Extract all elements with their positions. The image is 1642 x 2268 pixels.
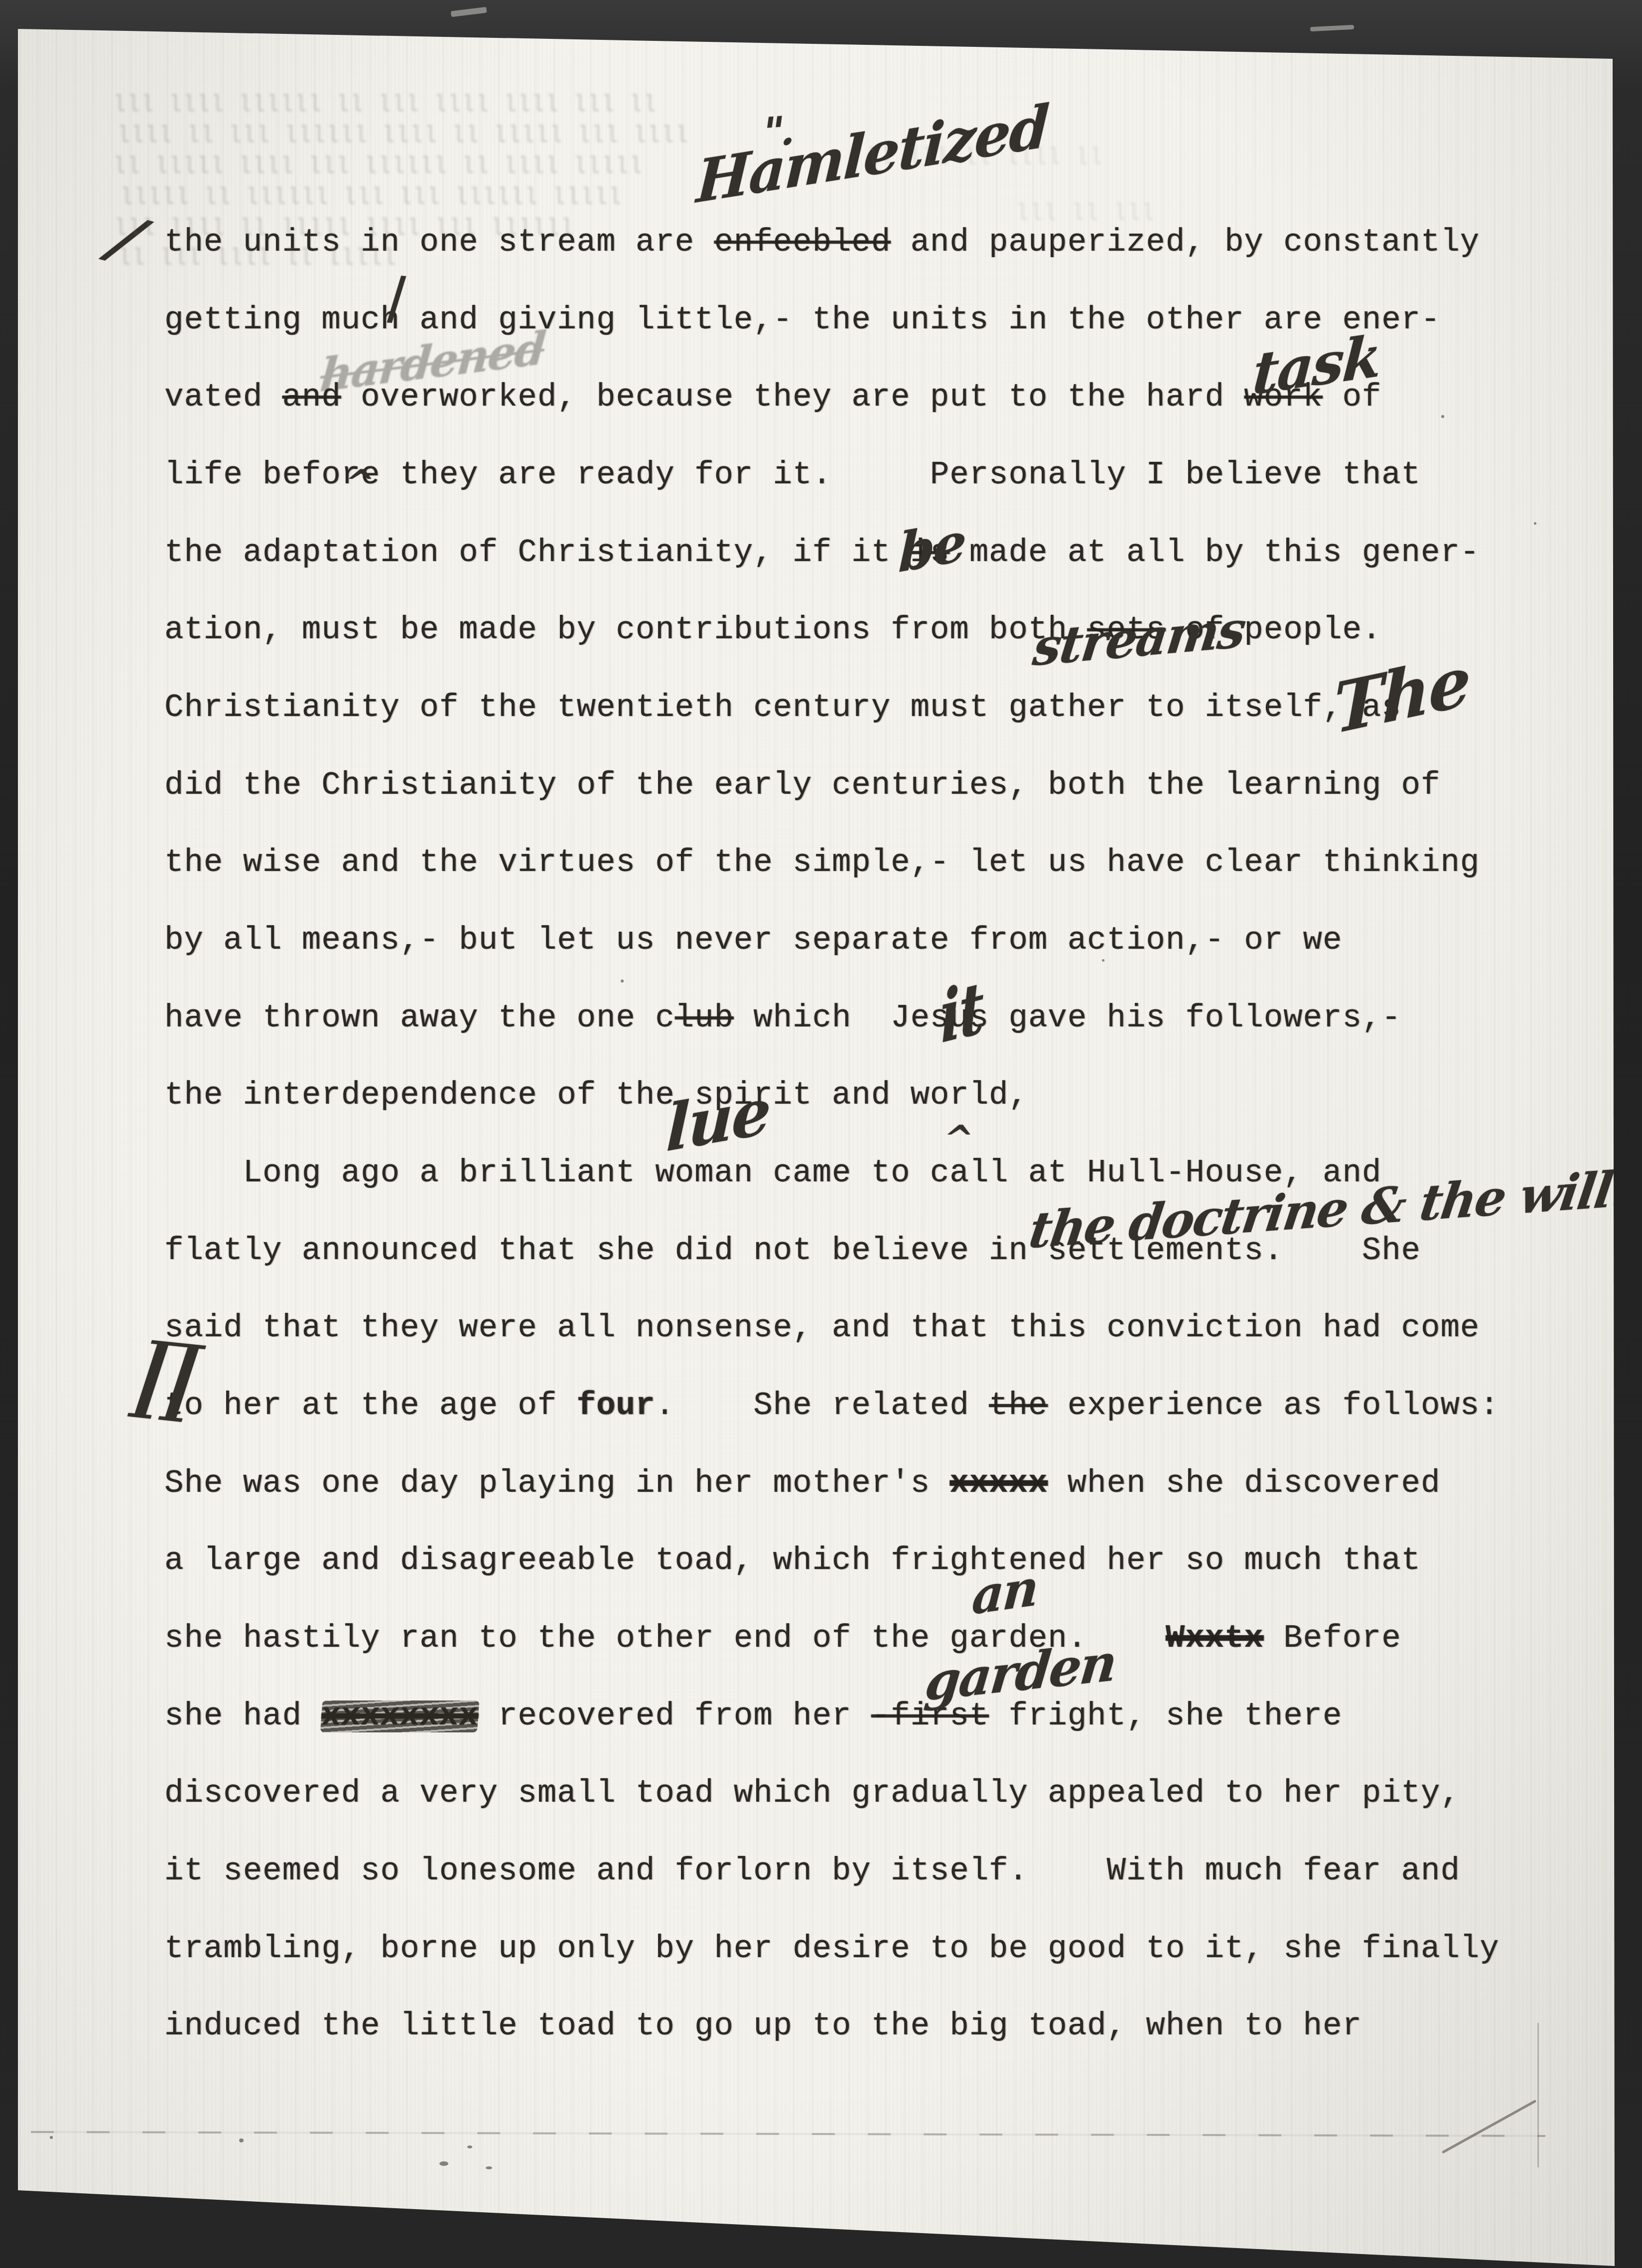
typed-text: she had — [164, 1699, 321, 1734]
typed-line: Long ago a brilliant woman came to call … — [164, 1157, 1381, 1189]
typed-text: when she discovered — [1048, 1466, 1440, 1502]
typed-text: the wise and the virtues of the simple,-… — [164, 845, 1480, 881]
typed-line: getting much and giving little,- the uni… — [164, 304, 1440, 336]
typed-text: to her at the age of — [164, 1388, 577, 1424]
typed-text: recovered from her — [479, 1699, 871, 1734]
insert-tick-handwriting: | — [381, 267, 413, 323]
typed-text: said that they were all nonsense, and th… — [164, 1310, 1480, 1346]
typed-text: which Jesus gave his followers,- — [734, 1000, 1401, 1036]
typed-line: Christianity of the twentieth century mu… — [164, 692, 1401, 724]
torn-edge-fragment — [1310, 25, 1354, 32]
caret-and-handwriting: ^ — [340, 461, 377, 504]
typed-word-struck: four — [577, 1388, 656, 1424]
typed-word-struck: lub — [675, 1000, 734, 1036]
task-word-handwriting: task — [1250, 322, 1382, 408]
typed-word-struck: xxxxx — [950, 1466, 1048, 1502]
ink-speck — [439, 2161, 448, 2166]
ink-speck — [467, 2145, 472, 2148]
typed-text: she hastily ran to the other end of the … — [164, 1621, 1166, 1657]
typed-word-struck: -first — [871, 1699, 989, 1734]
typed-text: did the Christianity of the early centur… — [164, 768, 1440, 804]
manuscript-page: the units in one stream are enfeebled an… — [0, 0, 1642, 2268]
typed-line: life before they are ready for it. Perso… — [164, 459, 1421, 491]
ink-speck — [1534, 522, 1536, 525]
typed-word-struck: work — [1244, 380, 1323, 416]
ink-speck — [621, 980, 624, 983]
an-word-handwriting: an — [970, 1558, 1040, 1627]
torn-edge-fragment — [451, 7, 487, 17]
typed-line: to her at the age of four. She related t… — [164, 1390, 1500, 1422]
typed-word-struck: Wxxtx — [1166, 1621, 1264, 1657]
typed-text: of — [1323, 380, 1381, 416]
typed-text: overworked, because they are put to the … — [341, 380, 1244, 416]
typed-text: trambling, borne up only by her desire t… — [164, 1931, 1500, 1967]
page-curl-shadow — [1537, 2023, 1539, 2167]
typed-text: life before they are ready for it. Perso… — [164, 457, 1421, 493]
the-word-handwriting: The — [1334, 640, 1470, 750]
photograph-background: the units in one stream are enfeebled an… — [0, 0, 1642, 2268]
typed-text: ation, must be made by contributions fro… — [164, 612, 1087, 648]
typed-text: getting much and giving little,- the uni… — [164, 302, 1440, 338]
typed-text: have thrown away the one c — [164, 1000, 675, 1036]
ink-speck — [1441, 415, 1444, 418]
typed-text: experience as follows: — [1048, 1388, 1499, 1424]
typed-line: by all means,- but let us never separate… — [164, 925, 1342, 957]
typed-text: Long ago a brilliant woman came to call … — [164, 1155, 1381, 1191]
typed-text: fright, she there — [989, 1699, 1342, 1734]
typed-text: the units in one stream are — [164, 225, 714, 261]
typed-text: of people. — [1166, 612, 1381, 648]
typed-word-struck: enfeebled — [714, 225, 891, 261]
erased-ghost-typing: lllll ll llllll lll lll llllll lllll — [121, 186, 623, 212]
typed-word-struck: xxxxxxxx — [320, 1701, 480, 1732]
typed-line: vated and overworked, because they are p… — [164, 382, 1381, 414]
hamletized-word-handwriting: Hamletized — [695, 92, 1050, 217]
typed-line: the interdependence of the spirit and wo… — [164, 1080, 1028, 1112]
typed-text: . She related — [655, 1388, 989, 1424]
typed-line: have thrown away the one club which Jesu… — [164, 1002, 1401, 1034]
typed-text: made at all by this gener- — [950, 535, 1480, 571]
typed-line: flatly announced that she did not believ… — [164, 1235, 1421, 1267]
typed-word-struck: the — [989, 1388, 1048, 1424]
typed-text: by all means,- but let us never separate… — [164, 923, 1342, 959]
quote-mark-handwriting: ". — [760, 107, 798, 156]
lue-word-handwriting: lue — [665, 1073, 771, 1166]
typed-word-struck: and — [282, 380, 341, 416]
typed-word-struck: is — [910, 535, 950, 571]
margin-stroke-handwriting: / — [99, 203, 153, 275]
typed-text: a large and disagreeable toad, which fri… — [164, 1543, 1421, 1579]
erased-ghost-typing: ll lllll llll lll llllll ll llll lllll — [114, 155, 644, 181]
typed-text: the adaptation of Christianity, if it — [164, 535, 910, 571]
typed-line: a large and disagreeable toad, which fri… — [164, 1545, 1421, 1577]
typed-line: She was one day playing in her mother's … — [164, 1468, 1440, 1500]
horizontal-fold-crease — [31, 2131, 1545, 2137]
erased-ghost-typing: lll llll llllll ll lll llll llll lll ll — [114, 93, 658, 119]
erased-ghost-typing: ll lll llll ll lllll — [119, 247, 398, 273]
erased-ghost-typing: lll llll ll lllll llll lll llllll — [115, 217, 575, 243]
typed-word-struck: sets — [1087, 612, 1166, 648]
typed-text: the interdependence of the spirit and wo… — [164, 1078, 1028, 1114]
typed-text: Before — [1264, 1621, 1401, 1657]
typed-line: the wise and the virtues of the simple,-… — [164, 847, 1480, 879]
typed-line: induced the little toad to go up to the … — [164, 2010, 1362, 2042]
ink-speck — [50, 2136, 53, 2139]
caret-it-handwriting: ^ — [939, 1117, 976, 1159]
ink-speck — [486, 2166, 492, 2169]
typed-text: it seemed so lonesome and forlorn by its… — [164, 1853, 1460, 1889]
typed-line: trambling, borne up only by her desire t… — [164, 1933, 1500, 1965]
typed-line: she had xxxxxxxx recovered from her -fir… — [164, 1701, 1342, 1732]
typed-text: flatly announced that she did not believ… — [164, 1233, 1421, 1269]
typed-line: it seemed so lonesome and forlorn by its… — [164, 1855, 1460, 1887]
it-insert-handwriting: it — [939, 966, 984, 1060]
ink-speck — [619, 474, 623, 478]
typed-text: induced the little toad to go up to the … — [164, 2008, 1362, 2044]
corner-fold-crease — [1442, 2100, 1536, 2154]
typed-text: She was one day playing in her mother's — [164, 1466, 950, 1502]
typed-line: the adaptation of Christianity, if it is… — [164, 537, 1480, 569]
garden-word-handwriting: garden — [922, 1632, 1118, 1713]
typed-text: vated — [164, 380, 282, 416]
ink-speck — [239, 2138, 244, 2142]
doctrine-phrase-handwriting: the doctrine & the will. — [1026, 1160, 1632, 1260]
ink-speck — [1102, 959, 1104, 962]
paragraph-mark-handwriting: ∏ — [125, 1321, 213, 1426]
typed-line: said that they were all nonsense, and th… — [164, 1312, 1480, 1344]
typed-text: discovered a very small toad which gradu… — [164, 1776, 1460, 1812]
typed-line: the units in one stream are enfeebled an… — [164, 227, 1480, 259]
erased-ghost-typing: lll ll lll — [1016, 202, 1156, 228]
typed-line: ation, must be made by contributions fro… — [164, 614, 1381, 646]
typed-line: she hastily ran to the other end of the … — [164, 1623, 1401, 1655]
typed-line: discovered a very small toad which gradu… — [164, 1778, 1460, 1810]
typed-text: and pauperized, by constantly — [891, 225, 1480, 261]
erased-word-handwriting: hardened — [318, 321, 547, 403]
be-word-handwriting: be — [898, 509, 966, 584]
erased-ghost-typing: llll ll lll llllll llll ll lllll lll lll… — [118, 124, 689, 150]
streams-word-handwriting: streams — [1030, 599, 1248, 678]
erased-ghost-typing: ll lll ll llll ll — [867, 146, 1104, 172]
typed-text: Christianity of the twentieth century mu… — [164, 690, 1401, 726]
typed-line: did the Christianity of the early centur… — [164, 770, 1440, 802]
